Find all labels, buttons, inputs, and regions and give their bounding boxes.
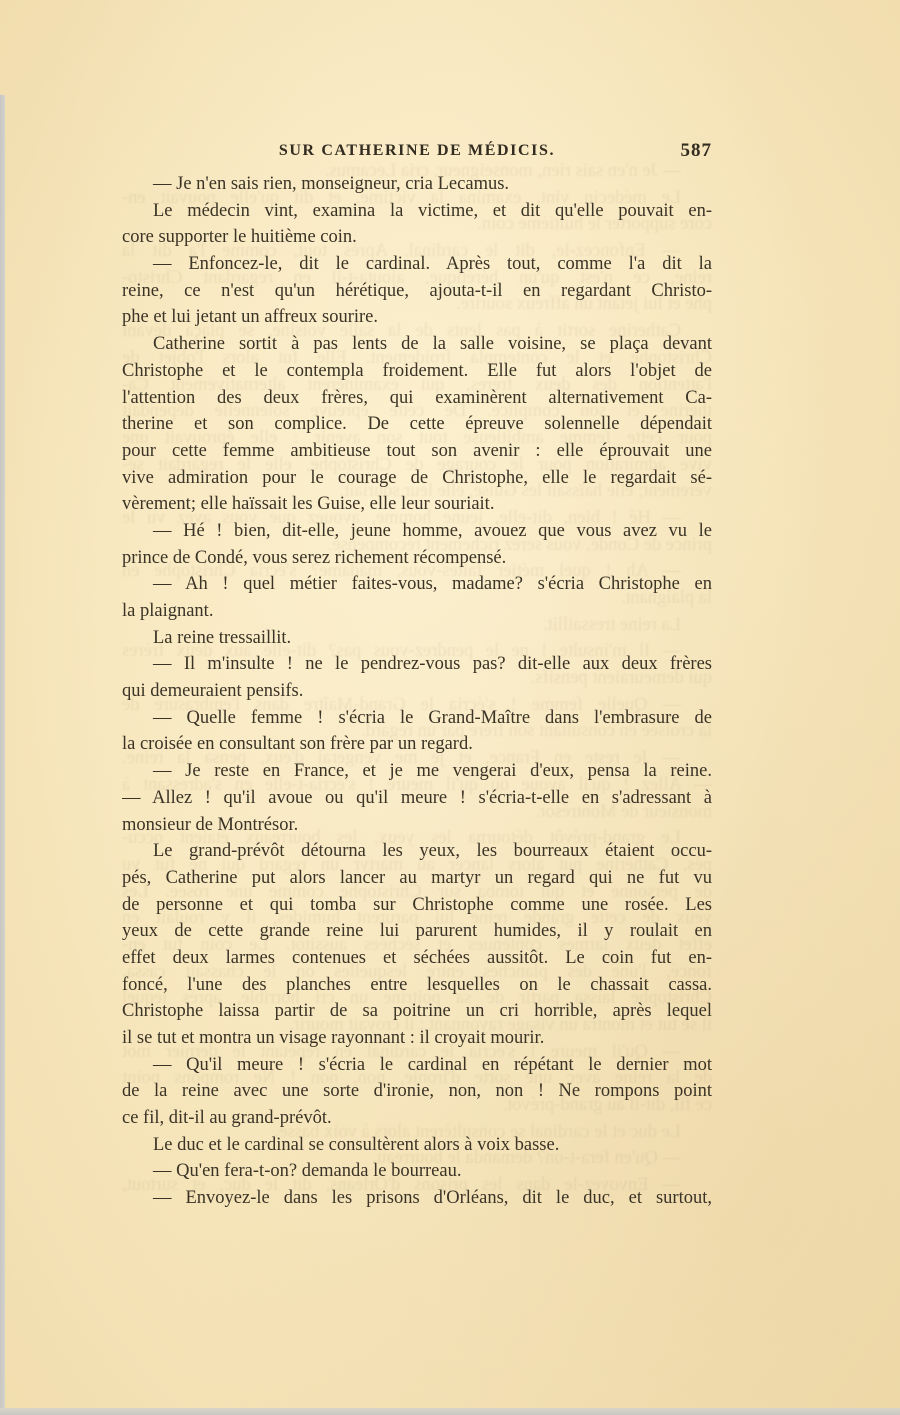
text-line: prince de Condé, vous serez richement ré… [122, 545, 712, 572]
text-line: effet deux larmes contenues et séchées a… [122, 945, 712, 972]
text-line: la plaignant. [122, 598, 712, 625]
text-line: Le duc et le cardinal se consultèrent al… [122, 1132, 712, 1159]
text-line: Catherine sortit à pas lents de la salle… [122, 331, 712, 358]
page-number: 587 [681, 140, 713, 162]
text-line: Le grand-prévôt détourna les yeux, les b… [122, 838, 712, 865]
text-line: la croisée en consultant son frère par u… [122, 731, 712, 758]
text-line: phe et lui jetant un affreux sourire. [122, 304, 712, 331]
text-line: vèrement; elle haïssait les Guise, elle … [122, 491, 712, 518]
text-line: yeux de cette grande reine lui parurent … [122, 918, 712, 945]
text-line: — Je reste en France, et je me vengerai … [122, 758, 712, 785]
text-line: monsieur de Montrésor. [122, 812, 712, 839]
text-line: Le médecin vint, examina la victime, et … [122, 198, 712, 225]
text-line: — Quelle femme ! s'écria le Grand-Maître… [122, 705, 712, 732]
text-line: reine, ce n'est qu'un hérétique, ajouta-… [122, 278, 712, 305]
text-line: pés, Catherine put alors lancer au marty… [122, 865, 712, 892]
running-header: SUR CATHERINE DE MÉDICIS. 587 [122, 140, 712, 164]
text-line: de personne et qui tomba sur Christophe … [122, 892, 712, 919]
running-header-title: SUR CATHERINE DE MÉDICIS. [122, 140, 712, 162]
text-line: qui demeuraient pensifs. [122, 678, 712, 705]
text-line: — Envoyez-le dans les prisons d'Orléans,… [122, 1185, 712, 1212]
text-line: de la reine avec une sorte d'ironie, non… [122, 1078, 712, 1105]
text-line: La reine tressaillit. [122, 625, 712, 652]
text-line: — Enfoncez-le, dit le cardinal. Après to… [122, 251, 712, 278]
text-line: therine et son complice. De cette épreuv… [122, 411, 712, 438]
text-line: — Qu'il meure ! s'écria le cardinal en r… [122, 1052, 712, 1079]
text-line: Christophe et le contempla froidement. E… [122, 358, 712, 385]
text-line: l'attention des deux frères, qui examinè… [122, 385, 712, 412]
text-line: Christophe laissa partir de sa poitrine … [122, 998, 712, 1025]
text-line: — Allez ! qu'il avoue ou qu'il meure ! s… [122, 785, 712, 812]
book-page-scan: SUR CATHERINE DE MÉDICIS. 587 — Je n'en … [0, 0, 900, 1415]
text-line: pour cette femme ambitieuse tout son ave… [122, 438, 712, 465]
scan-edge-left [0, 95, 5, 1415]
text-line: vive admiration pour le courage de Chris… [122, 465, 712, 492]
text-line: — Ah ! quel métier faites-vous, madame? … [122, 571, 712, 598]
text-line: core supporter le huitième coin. [122, 224, 712, 251]
text-line: — Hé ! bien, dit-elle, jeune homme, avou… [122, 518, 712, 545]
text-line: foncé, l'une des planches entre lesquell… [122, 972, 712, 999]
text-line: — Qu'en fera-t-on? demanda le bourreau. [122, 1158, 712, 1185]
text-line: ce fil, dit-il au grand-prévôt. [122, 1105, 712, 1132]
page-text: — Je n'en sais rien, monseigneur, cria L… [122, 171, 712, 1212]
scan-edge-bottom [0, 1408, 900, 1415]
text-line: — Je n'en sais rien, monseigneur, cria L… [122, 171, 712, 198]
text-line: — Il m'insulte ! ne le pendrez-vous pas?… [122, 651, 712, 678]
text-line: il se tut et montra un visage rayonnant … [122, 1025, 712, 1052]
